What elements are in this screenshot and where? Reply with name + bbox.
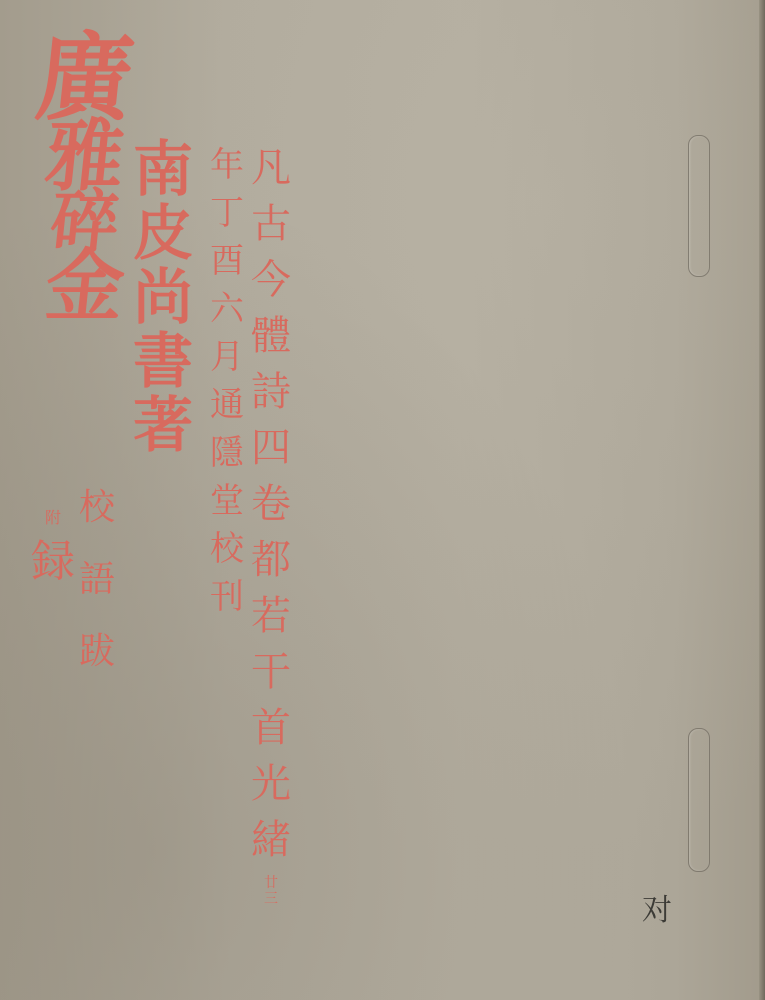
desc-char: 緒 xyxy=(251,820,291,860)
desc-char: 干 xyxy=(251,652,291,692)
desc-char: 都 xyxy=(251,540,291,580)
desc-char: 凡 xyxy=(251,148,291,188)
desc-char: 若 xyxy=(251,596,291,636)
author-char: 書 xyxy=(133,332,193,392)
desc-char: 通 xyxy=(210,388,244,422)
subtitle-char: 録 xyxy=(31,540,75,584)
author-char: 南 xyxy=(133,140,193,200)
desc-char: 年 xyxy=(210,148,244,182)
description-column-1: 凡 古 今 體 詩 四 卷 都 若 干 首 光 緒 廿 三 xyxy=(245,148,297,922)
desc-char: 廿 xyxy=(264,876,278,890)
book-cover: 廣 雅 碎 金 南 皮 尚 書 著 凡 古 今 體 詩 四 卷 都 若 干 首 … xyxy=(0,0,765,1000)
desc-char: 月 xyxy=(210,340,244,374)
author-line: 南 皮 尚 書 著 xyxy=(128,140,198,460)
desc-char: 酉 xyxy=(210,244,244,278)
author-char: 皮 xyxy=(133,204,193,264)
subtitle-char: 語 xyxy=(79,562,115,598)
binding-slot-bottom xyxy=(688,728,710,872)
desc-char: 詩 xyxy=(251,372,291,412)
desc-char: 卷 xyxy=(251,484,291,524)
desc-char: 隱 xyxy=(210,436,244,470)
desc-char: 三 xyxy=(264,892,278,906)
desc-char: 六 xyxy=(210,292,244,326)
stamp-mark: 对 xyxy=(642,885,672,929)
subtitle-char-small: 附 xyxy=(45,510,61,526)
page-edge xyxy=(759,0,765,1000)
subtitle-char: 校 xyxy=(79,490,115,526)
desc-char: 丁 xyxy=(210,196,244,230)
subtitle-column-1: 校 語 跋 xyxy=(72,490,122,706)
title-char: 金 xyxy=(42,248,128,326)
desc-char: 校 xyxy=(210,532,244,566)
desc-char: 古 xyxy=(251,204,291,244)
desc-char: 首 xyxy=(251,708,291,748)
author-char: 尚 xyxy=(133,268,193,328)
description-column-2: 年 丁 酉 六 月 通 隱 堂 校 刊 xyxy=(205,148,249,628)
subtitle-column-2: 附 録 xyxy=(28,510,78,584)
binding-slot-top xyxy=(688,135,710,277)
subtitle-char: 跋 xyxy=(79,634,115,670)
desc-char: 體 xyxy=(251,316,291,356)
desc-char: 四 xyxy=(251,428,291,468)
desc-char: 刊 xyxy=(210,580,244,614)
desc-char: 堂 xyxy=(210,484,244,518)
desc-char: 光 xyxy=(251,764,291,804)
book-title: 廣 雅 碎 金 xyxy=(30,30,140,318)
author-char: 著 xyxy=(133,396,193,456)
desc-char: 今 xyxy=(251,260,291,300)
